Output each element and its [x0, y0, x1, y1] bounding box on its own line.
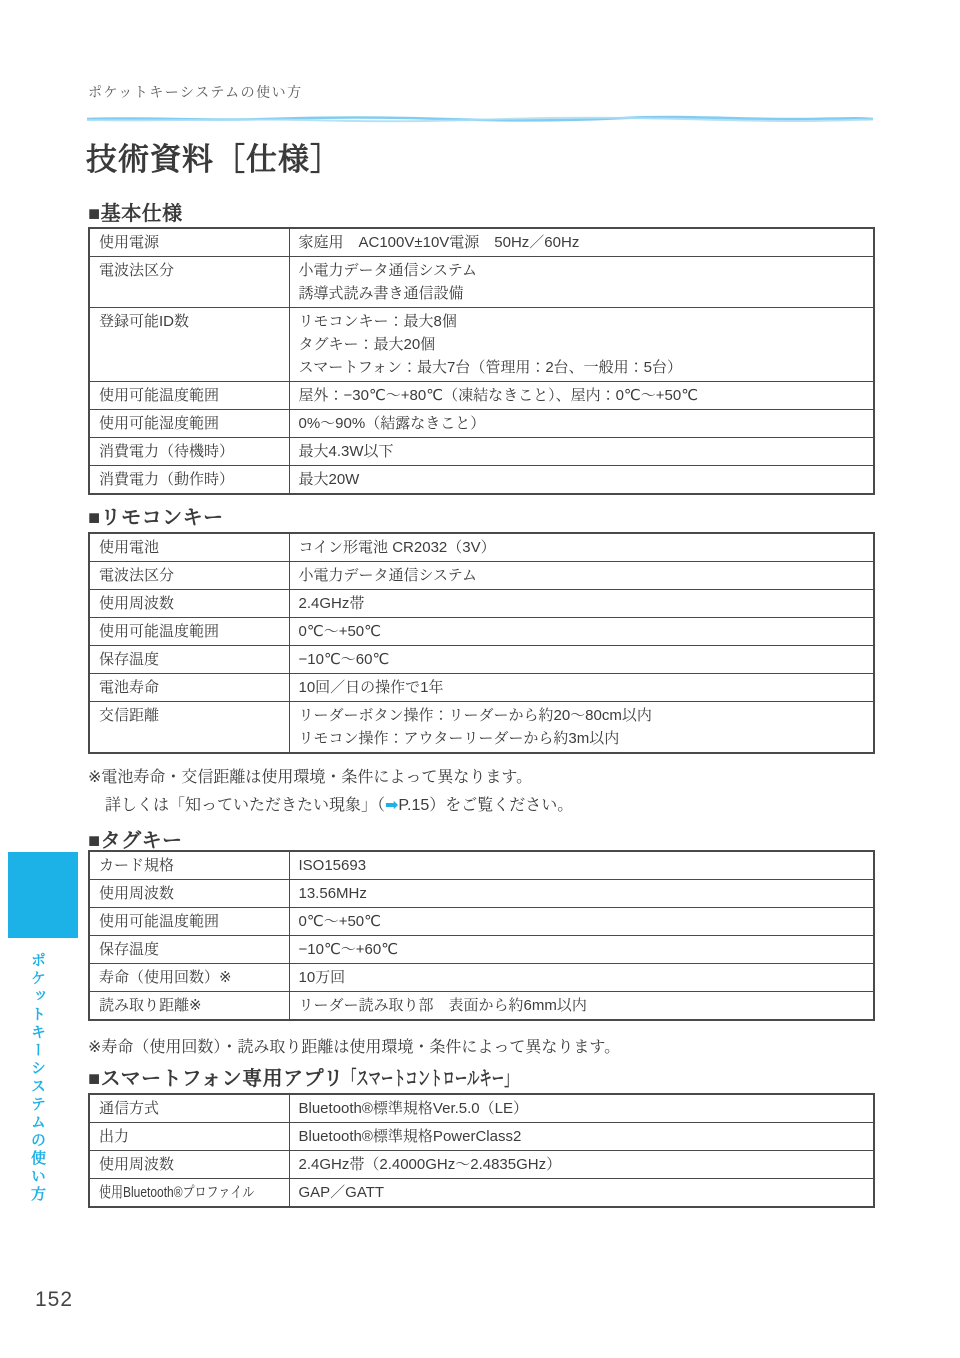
spec-label: 使用可能温度範囲: [89, 382, 289, 410]
table-row: 読み取り距離※ リーダー読み取り部 表面から約6mm以内: [89, 992, 874, 1021]
brush-divider: [85, 110, 875, 118]
spec-value: 10万回: [289, 964, 874, 992]
spec-value-line: リモコン操作：アウターリーダーから約3m以内: [299, 727, 865, 750]
spec-label: 読み取り距離※: [89, 992, 289, 1021]
spec-value: 2.4GHz帯: [289, 590, 874, 618]
spec-label: 交信距離: [89, 702, 289, 754]
spec-label: 使用周波数: [89, 880, 289, 908]
table-row: 使用可能温度範囲 屋外：−30℃〜+80℃（凍結なきこと）、屋内：0℃〜+50℃: [89, 382, 874, 410]
spec-label: 通信方式: [89, 1094, 289, 1123]
section-heading-tag: ■タグキー: [88, 824, 183, 853]
spec-label: 使用周波数: [89, 590, 289, 618]
battery-note-line2: 詳しくは「知っていただきたい現象」（➡P.15）をご覧ください。: [88, 792, 573, 820]
spec-value: リモコンキー：最大8個 タグキー：最大20個 スマートフォン：最大7台（管理用：…: [289, 308, 874, 382]
section-heading-remote: ■リモコンキー: [88, 501, 224, 530]
section-heading-app-sub: 「スマートコントロールキー」: [344, 1062, 517, 1091]
table-row: 消費電力（待機時） 最大4.3W以下: [89, 438, 874, 466]
life-note: ※寿命（使用回数）・読み取り距離は使用環境・条件によって異なります。: [88, 1034, 620, 1062]
spec-label: 使用可能温度範囲: [89, 618, 289, 646]
table-row: 出力 Bluetooth®標準規格PowerClass2: [89, 1123, 874, 1151]
spec-value-line: 誘導式読み書き通信設備: [299, 282, 865, 305]
spec-label: 使用Bluetooth®プロファイル: [89, 1179, 289, 1208]
chapter-tab-square: [8, 852, 78, 938]
chapter-tab-label: ポケットキーシステムの使い方: [27, 952, 48, 1232]
spec-value: 小電力データ通信システム 誘導式読み書き通信設備: [289, 257, 874, 308]
spec-value: 最大4.3W以下: [289, 438, 874, 466]
app-spec-table: 通信方式 Bluetooth®標準規格Ver.5.0（LE） 出力 Blueto…: [88, 1093, 875, 1208]
spec-label: 電波法区分: [89, 562, 289, 590]
spec-value: 小電力データ通信システム: [289, 562, 874, 590]
spec-label: 保存温度: [89, 936, 289, 964]
manual-page: ポケットキーシステムの使い方 技術資料［仕様］ ■基本仕様 使用電源 家庭用 A…: [0, 0, 960, 1358]
spec-value: 10回／日の操作で1年: [289, 674, 874, 702]
table-row: 使用周波数 13.56MHz: [89, 880, 874, 908]
table-row: 使用周波数 2.4GHz帯（2.4000GHz〜2.4835GHz）: [89, 1151, 874, 1179]
spec-value: 0℃〜+50℃: [289, 618, 874, 646]
spec-label: 電池寿命: [89, 674, 289, 702]
table-row: 交信距離 リーダーボタン操作：リーダーから約20〜80cm以内 リモコン操作：ア…: [89, 702, 874, 754]
spec-value: 2.4GHz帯（2.4000GHz〜2.4835GHz）: [289, 1151, 874, 1179]
battery-note-line2-pre: 詳しくは「知っていただきたい現象」（: [105, 797, 385, 814]
spec-value-line: リモコンキー：最大8個: [299, 310, 865, 333]
table-row: 通信方式 Bluetooth®標準規格Ver.5.0（LE）: [89, 1094, 874, 1123]
spec-label: 電波法区分: [89, 257, 289, 308]
spec-value-line: スマートフォン：最大7台（管理用：2台、一般用：5台）: [299, 356, 865, 379]
page-reference-link[interactable]: P.15: [398, 797, 429, 814]
spec-value: 13.56MHz: [289, 880, 874, 908]
spec-value: コイン形電池 CR2032（3V）: [289, 533, 874, 562]
table-row: 使用電池 コイン形電池 CR2032（3V）: [89, 533, 874, 562]
spec-label: 使用可能温度範囲: [89, 908, 289, 936]
spec-value-line: タグキー：最大20個: [299, 333, 865, 356]
spec-label: 使用可能湿度範囲: [89, 410, 289, 438]
table-row: 使用可能湿度範囲 0%〜90%（結露なきこと）: [89, 410, 874, 438]
table-row: 電池寿命 10回／日の操作で1年: [89, 674, 874, 702]
spec-label: 保存温度: [89, 646, 289, 674]
spec-value: 屋外：−30℃〜+80℃（凍結なきこと）、屋内：0℃〜+50℃: [289, 382, 874, 410]
spec-label: 消費電力（待機時）: [89, 438, 289, 466]
battery-note-line2-post: ）をご覧ください。: [429, 797, 573, 814]
spec-label: 登録可能ID数: [89, 308, 289, 382]
spec-label-condensed: 使用Bluetooth®プロファイル: [99, 1181, 254, 1204]
spec-value: 0℃〜+50℃: [289, 908, 874, 936]
spec-label: 消費電力（動作時）: [89, 466, 289, 495]
section-heading-app-main: ■スマートフォン専用アプリ: [88, 1068, 344, 1090]
spec-value: −10℃〜60℃: [289, 646, 874, 674]
section-heading-app: ■スマートフォン専用アプリ「スマートコントロールキー」: [88, 1062, 622, 1091]
table-row: 消費電力（動作時） 最大20W: [89, 466, 874, 495]
arrow-right-icon: ➡: [385, 797, 398, 814]
spec-value: GAP／GATT: [289, 1179, 874, 1208]
battery-note-line1: ※電池寿命・交信距離は使用環境・条件によって異なります。: [88, 764, 573, 792]
spec-value: リーダー読み取り部 表面から約6mm以内: [289, 992, 874, 1021]
table-row: 保存温度 −10℃〜60℃: [89, 646, 874, 674]
page-title: 技術資料［仕様］: [86, 134, 342, 179]
spec-label: 使用電源: [89, 228, 289, 257]
spec-value: 家庭用 AC100V±10V電源 50Hz／60Hz: [289, 228, 874, 257]
table-row: 寿命（使用回数）※ 10万回: [89, 964, 874, 992]
basic-spec-table: 使用電源 家庭用 AC100V±10V電源 50Hz／60Hz 電波法区分 小電…: [88, 227, 875, 495]
table-row: 使用電源 家庭用 AC100V±10V電源 50Hz／60Hz: [89, 228, 874, 257]
battery-note: ※電池寿命・交信距離は使用環境・条件によって異なります。 詳しくは「知っていただ…: [88, 764, 573, 820]
spec-value: −10℃〜+60℃: [289, 936, 874, 964]
tag-key-spec-table: カード規格 ISO15693 使用周波数 13.56MHz 使用可能温度範囲 0…: [88, 850, 875, 1021]
table-row: 電波法区分 小電力データ通信システム 誘導式読み書き通信設備: [89, 257, 874, 308]
spec-value: 最大20W: [289, 466, 874, 495]
brush-divider-stroke: [85, 115, 875, 123]
spec-value: 0%〜90%（結露なきこと）: [289, 410, 874, 438]
spec-value-line: リーダーボタン操作：リーダーから約20〜80cm以内: [299, 704, 865, 727]
section-heading-basic: ■基本仕様: [88, 197, 183, 226]
spec-value: Bluetooth®標準規格PowerClass2: [289, 1123, 874, 1151]
table-row: 使用Bluetooth®プロファイル GAP／GATT: [89, 1179, 874, 1208]
spec-label: カード規格: [89, 851, 289, 880]
table-row: 使用周波数 2.4GHz帯: [89, 590, 874, 618]
page-number: 152: [35, 1288, 73, 1312]
table-row: 使用可能温度範囲 0℃〜+50℃: [89, 908, 874, 936]
table-row: 保存温度 −10℃〜+60℃: [89, 936, 874, 964]
spec-value: Bluetooth®標準規格Ver.5.0（LE）: [289, 1094, 874, 1123]
spec-label: 寿命（使用回数）※: [89, 964, 289, 992]
spec-label: 使用周波数: [89, 1151, 289, 1179]
spec-value: リーダーボタン操作：リーダーから約20〜80cm以内 リモコン操作：アウターリー…: [289, 702, 874, 754]
spec-label: 使用電池: [89, 533, 289, 562]
table-row: 電波法区分 小電力データ通信システム: [89, 562, 874, 590]
spec-value-line: 小電力データ通信システム: [299, 259, 865, 282]
running-header: ポケットキーシステムの使い方: [88, 82, 303, 102]
table-row: カード規格 ISO15693: [89, 851, 874, 880]
remote-key-spec-table: 使用電池 コイン形電池 CR2032（3V） 電波法区分 小電力データ通信システ…: [88, 532, 875, 754]
spec-label: 出力: [89, 1123, 289, 1151]
table-row: 登録可能ID数 リモコンキー：最大8個 タグキー：最大20個 スマートフォン：最…: [89, 308, 874, 382]
spec-value: ISO15693: [289, 851, 874, 880]
table-row: 使用可能温度範囲 0℃〜+50℃: [89, 618, 874, 646]
